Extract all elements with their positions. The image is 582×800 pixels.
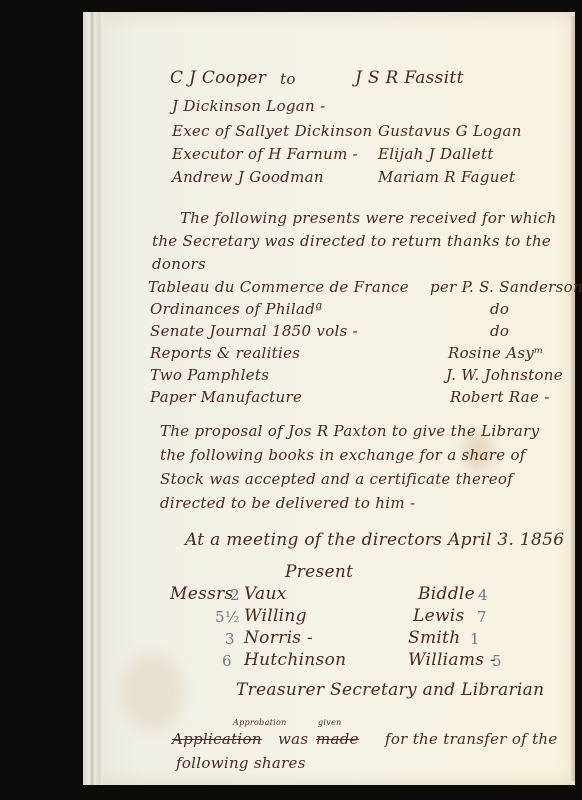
present-donor-4: Rosine Asyᵐ	[448, 344, 544, 362]
signature-line-1-left: C J Cooper	[170, 68, 266, 88]
messrs-label: Messrs	[170, 584, 234, 604]
present-donor-6: Robert Rae -	[450, 388, 550, 406]
present-item-6: Paper Manufacture	[150, 388, 302, 406]
struck-made: made	[316, 730, 359, 748]
signature-line-5-left: Andrew J Goodman	[172, 168, 324, 186]
present-donor-2: do	[490, 300, 509, 318]
attendee-right-1-name: Biddle	[418, 584, 475, 604]
attendee-right-3-number: 1	[470, 630, 480, 648]
present-item-3: Senate Journal 1850 vols -	[150, 322, 358, 340]
attendee-right-1-number: 4	[478, 586, 488, 604]
page-edge	[571, 16, 575, 781]
officers-line: Treasurer Secretary and Librarian	[236, 680, 544, 700]
attendee-right-4-name: Williams -	[408, 650, 496, 670]
proposal-line-3: Stock was accepted and a certificate the…	[160, 470, 513, 488]
attendee-left-2-number: 5½	[215, 608, 240, 626]
proposal-line-1: The proposal of Jos R Paxton to give the…	[160, 422, 539, 440]
present-item-5: Two Pamphlets	[150, 366, 269, 384]
present-donor-5: J. W. Johnstone	[446, 366, 563, 384]
insert-given: given	[318, 718, 342, 727]
present-item-1: Tableau du Commerce de France	[148, 278, 409, 296]
presents-line-2: the Secretary was directed to return tha…	[152, 232, 551, 250]
signature-line-3-right: Gustavus G Logan	[378, 122, 522, 140]
insert-approbation: Approbation	[233, 718, 287, 727]
struck-application: Application	[172, 730, 262, 748]
signature-line-4-left: Executor of H Farnum -	[172, 145, 358, 163]
paper-stain	[123, 652, 183, 732]
present-label: Present	[285, 562, 353, 582]
attendee-left-4-name: Hutchinson	[244, 650, 346, 670]
attendee-right-4-number: 5	[492, 652, 502, 670]
attendee-left-2-name: Willing	[244, 606, 307, 626]
present-donor-1: per P. S. Sanderson	[430, 278, 582, 296]
attendee-left-1-number: 2	[230, 586, 240, 604]
present-donor-3: do	[490, 322, 509, 340]
proposal-line-2: the following books in exchange for a sh…	[160, 446, 526, 464]
present-item-2: Ordinances of Philadª	[150, 300, 323, 318]
attendee-right-2-number: 7	[477, 608, 487, 626]
attendee-left-3-number: 3	[225, 630, 235, 648]
attendee-right-2-name: Lewis	[413, 606, 465, 626]
attendee-left-3-name: Norris -	[244, 628, 313, 648]
attendee-right-3-name: Smith	[408, 628, 460, 648]
presents-line-3: donors	[152, 255, 206, 273]
closing-was: was	[278, 730, 308, 748]
closing-line-1-rest: for the transfer of the	[385, 730, 558, 748]
signature-line-3-left: Exec of Sallyet Dickinson	[172, 122, 372, 140]
signature-line-1-middle: to	[280, 70, 296, 88]
closing-line-2: following shares	[176, 754, 306, 772]
signature-line-2-left: J Dickinson Logan -	[172, 97, 325, 115]
attendee-left-1-name: Vaux	[244, 584, 287, 604]
signature-line-5-right: Mariam R Faguet	[378, 168, 515, 186]
signature-line-1-right: J S R Fassitt	[355, 68, 464, 88]
signature-line-4-right: Elijah J Dallett	[378, 145, 494, 163]
meeting-heading: At a meeting of the directors April 3. 1…	[185, 530, 564, 550]
present-item-4: Reports & realities	[150, 344, 300, 362]
proposal-line-4: directed to be delivered to him -	[160, 494, 415, 512]
attendee-left-4-number: 6	[222, 652, 232, 670]
presents-line-1: The following presents were received for…	[180, 209, 557, 227]
book-gutter	[83, 12, 103, 785]
